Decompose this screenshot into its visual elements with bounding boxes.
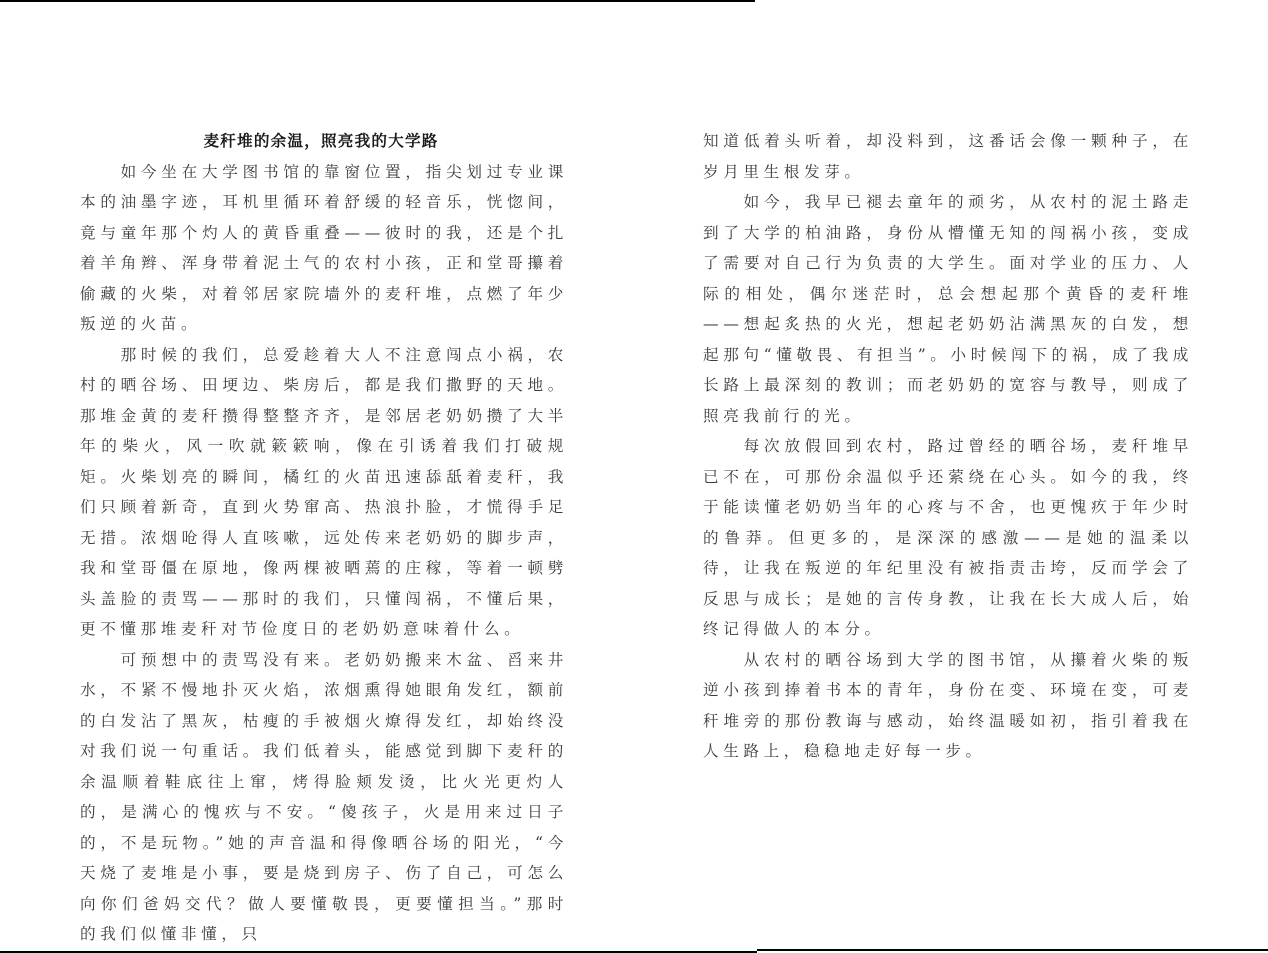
left-text-column: 麦秆堆的余温，照亮我的大学路 如今坐在大学图书馆的靠窗位置，指尖划过专业课本的油… xyxy=(80,126,568,950)
top-border-line xyxy=(0,0,755,2)
right-text-column: 知道低着头听着，却没料到，这番话会像一颗种子，在岁月里生根发芽。 如今，我早已褪… xyxy=(703,126,1193,767)
paragraph-2: 那时候的我们，总爱趁着大人不注意闯点小祸，农村的晒谷场、田埂边、柴房后，都是我们… xyxy=(80,340,568,645)
bottom-border-line-right xyxy=(757,949,1268,951)
paragraph-6: 从农村的晒谷场到大学的图书馆，从攥着火柴的叛逆小孩到捧着书本的青年，身份在变、环… xyxy=(703,645,1193,767)
paragraph-3: 可预想中的责骂没有来。老奶奶搬来木盆、舀来井水，不紧不慢地扑灭火焰，浓烟熏得她眼… xyxy=(80,645,568,950)
paragraph-1: 如今坐在大学图书馆的靠窗位置，指尖划过专业课本的油墨字迹，耳机里循环着舒缓的轻音… xyxy=(80,157,568,340)
paragraph-4: 如今，我早已褪去童年的顽劣，从农村的泥土路走到了大学的柏油路，身份从懵懂无知的闯… xyxy=(703,187,1193,431)
essay-title: 麦秆堆的余温，照亮我的大学路 xyxy=(80,126,568,157)
paragraph-3-continued: 知道低着头听着，却没料到，这番话会像一颗种子，在岁月里生根发芽。 xyxy=(703,126,1193,187)
paragraph-5: 每次放假回到农村，路过曾经的晒谷场，麦秆堆早已不在，可那份余温似乎还萦绕在心头。… xyxy=(703,431,1193,645)
